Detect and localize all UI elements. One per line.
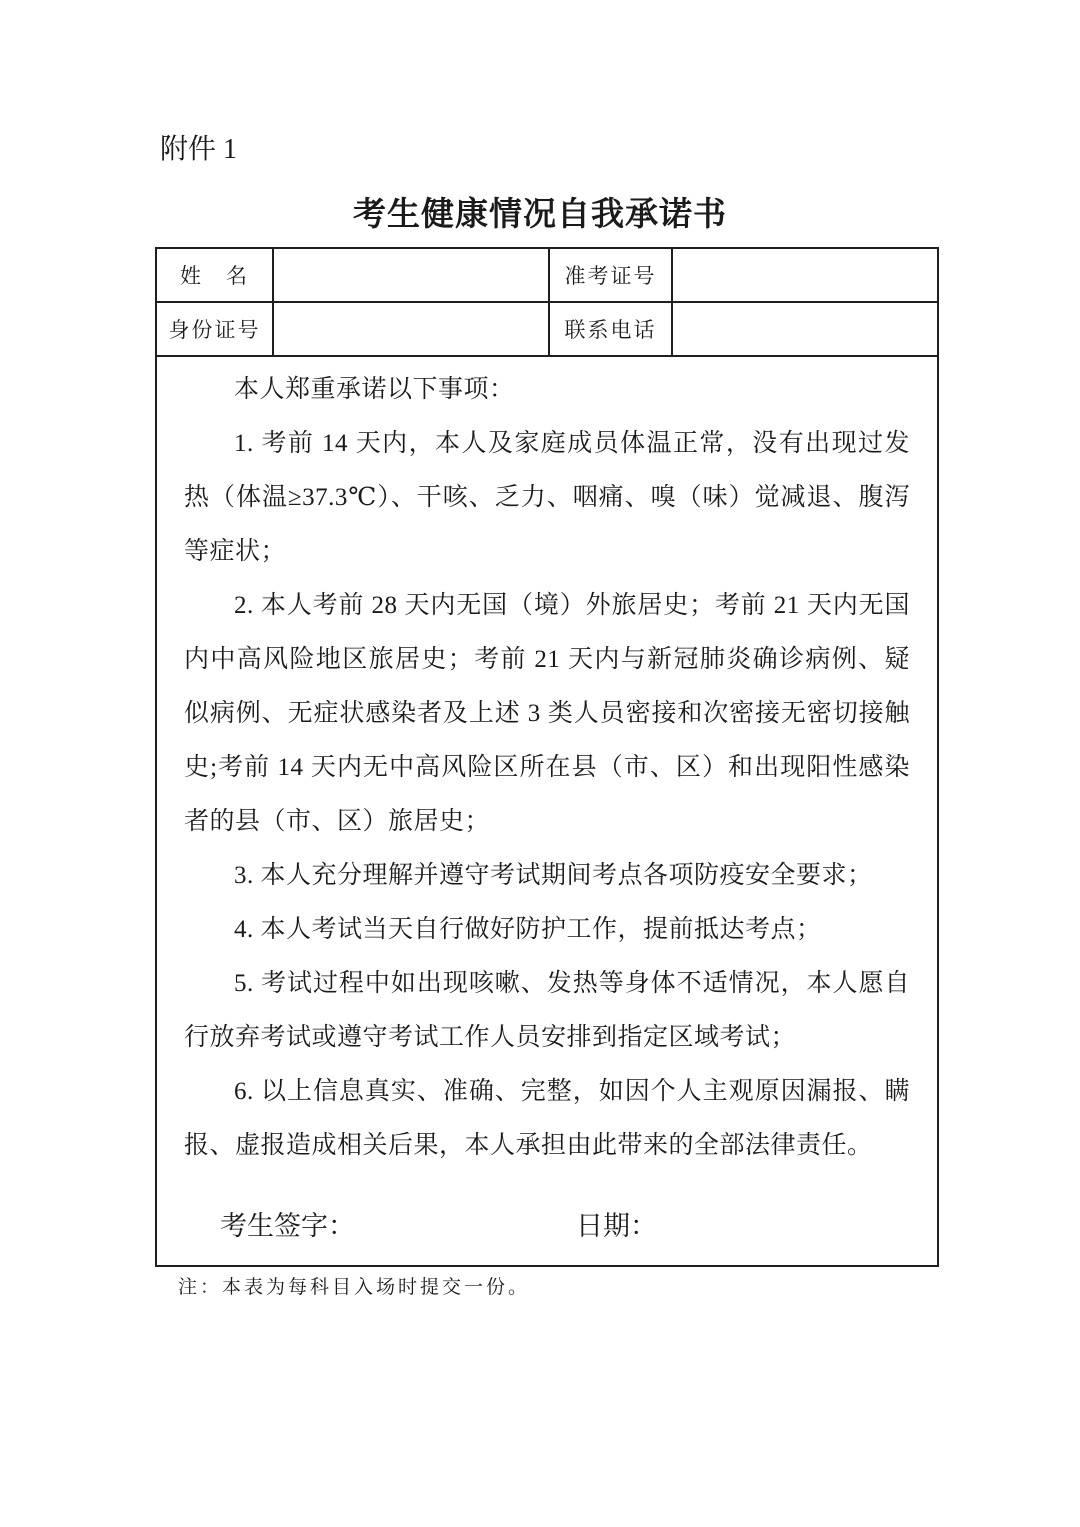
- attachment-label: 附件 1: [160, 133, 237, 167]
- id-number-value-field: [273, 302, 549, 356]
- date-label: 日期：: [576, 1199, 657, 1253]
- admission-ticket-label: 准考证号: [549, 248, 672, 302]
- commitment-item-6: 6. 以上信息真实、准确、完整，如因个人主观原因漏报、瞒报、虚报造成相关后果，本…: [184, 1065, 910, 1173]
- signature-row: 考生签字： 日期：: [157, 1199, 937, 1253]
- id-number-label: 身份证号: [156, 302, 273, 356]
- info-row-2: 身份证号 联系电话: [156, 302, 938, 356]
- phone-label: 联系电话: [549, 302, 672, 356]
- commitment-body: 本人郑重承诺以下事项： 1. 考前 14 天内，本人及家庭成员体温正常，没有出现…: [184, 363, 910, 1173]
- name-label: 姓 名: [156, 248, 273, 302]
- commitment-item-2: 2. 本人考前 28 天内无国（境）外旅居史；考前 21 天内无国内中高风险地区…: [184, 579, 910, 849]
- commitment-item-1: 1. 考前 14 天内，本人及家庭成员体温正常，没有出现过发热（体温≥37.3℃…: [184, 417, 910, 579]
- examinee-signature-label: 考生签字：: [220, 1199, 355, 1253]
- commitment-item-5: 5. 考试过程中如出现咳嗽、发热等身体不适情况，本人愿自行放弃考试或遵守考试工作…: [184, 957, 910, 1065]
- commitment-intro: 本人郑重承诺以下事项：: [184, 363, 910, 417]
- phone-value-field: [672, 302, 938, 356]
- admission-ticket-value-field: [672, 248, 938, 302]
- commitment-form-table: 姓 名 准考证号 身份证号 联系电话 本人郑重承诺以下事项： 1. 考前 14 …: [155, 247, 939, 1267]
- document-page: 附件 1 考生健康情况自我承诺书 姓 名 准考证号 身份证号 联系电话: [0, 0, 1080, 1527]
- commitment-row: 本人郑重承诺以下事项： 1. 考前 14 天内，本人及家庭成员体温正常，没有出现…: [156, 356, 938, 1266]
- page-title: 考生健康情况自我承诺书: [0, 188, 1080, 235]
- commitment-body-cell: 本人郑重承诺以下事项： 1. 考前 14 天内，本人及家庭成员体温正常，没有出现…: [156, 356, 938, 1266]
- commitment-item-4: 4. 本人考试当天自行做好防护工作，提前抵达考点；: [184, 903, 910, 957]
- commitment-item-3: 3. 本人充分理解并遵守考试期间考点各项防疫安全要求；: [184, 849, 910, 903]
- footnote: 注：本表为每科目入场时提交一份。: [178, 1272, 530, 1299]
- info-row-1: 姓 名 准考证号: [156, 248, 938, 302]
- name-value-field: [273, 248, 549, 302]
